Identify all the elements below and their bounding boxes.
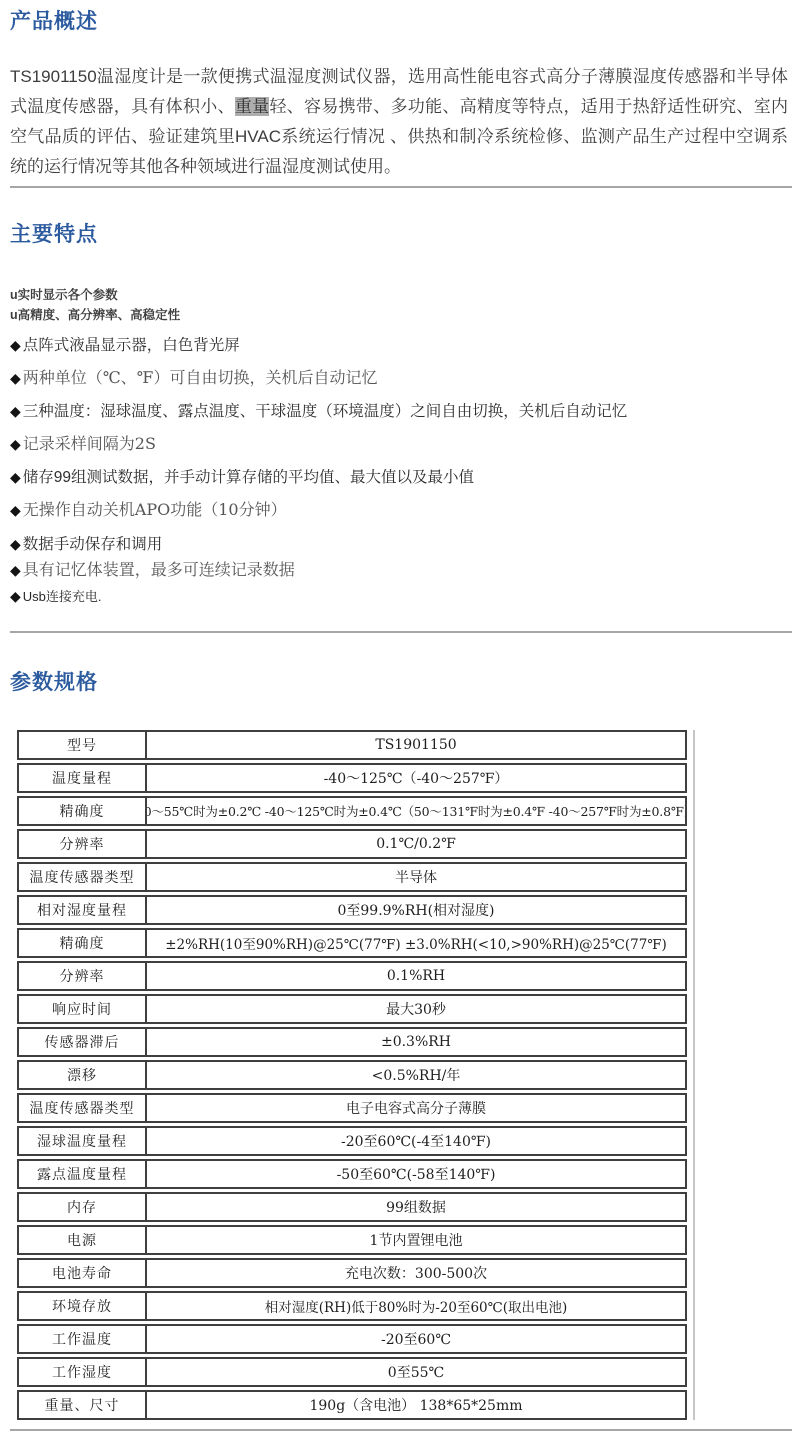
- diamond-bullet-icon: ◆: [10, 437, 21, 453]
- spec-table-row: 内存 99组数据: [17, 1192, 687, 1222]
- spec-table-row: 相对湿度量程 0至99.9%RH(相对湿度): [17, 895, 687, 925]
- section-divider: [10, 186, 792, 188]
- diamond-bullet-icon: ◆: [10, 469, 21, 485]
- spec-table-row: 温度量程 -40～125℃（-40～257℉）: [17, 763, 687, 793]
- feature-item: ◆储存99组测试数据，并手动计算存储的平均值、最大值以及最小值: [10, 466, 792, 489]
- spec-table-row: 传感器滞后 ±0.3%RH: [17, 1027, 687, 1057]
- spec-row-value: 半导体: [147, 864, 685, 890]
- diamond-bullet-icon: ◆: [10, 337, 21, 353]
- spec-row-value: TS1901150: [147, 732, 685, 758]
- spec-table-row: 漂移 <0.5%RH/年: [17, 1060, 687, 1090]
- spec-row-value: 0至99.9%RH(相对湿度): [147, 897, 685, 923]
- feature-text: 两种单位（℃、℉）可自由切换，关机后自动记忆: [23, 368, 378, 387]
- spec-table-row: 电池寿命 充电次数：300-500次: [17, 1258, 687, 1288]
- u-bullet-icon: u: [10, 288, 18, 302]
- spec-row-label: 电池寿命: [19, 1260, 147, 1286]
- spec-table-row: 工作温度 -20至60℃: [17, 1324, 687, 1354]
- feature-item: ◆记录采样间隔为2S: [10, 433, 792, 456]
- spec-row-value: -50至60℃(-58至140℉): [147, 1161, 685, 1187]
- spec-row-value: 相对湿度(RH)低于80%时为-20至60℃(取出电池): [147, 1293, 685, 1319]
- spec-row-value: ±2%RH(10至90%RH)@25℃(77℉) ±3.0%RH(<10,>90…: [147, 930, 685, 956]
- diamond-bullet-icon: ◆: [10, 371, 21, 387]
- spec-row-label: 精确度: [19, 930, 147, 956]
- spec-row-label: 响应时间: [19, 996, 147, 1022]
- spec-table-row: 型号 TS1901150: [17, 730, 687, 760]
- spec-table-row: 环境存放 相对湿度(RH)低于80%时为-20至60℃(取出电池): [17, 1291, 687, 1321]
- spec-row-label: 温度传感器类型: [19, 864, 147, 890]
- feature-item: ◆两种单位（℃、℉）可自由切换，关机后自动记忆: [10, 367, 792, 390]
- spec-row-label: 分辨率: [19, 831, 147, 857]
- spec-row-value: -40～125℃（-40～257℉）: [147, 765, 685, 791]
- spec-table-row: 露点温度量程 -50至60℃(-58至140℉): [17, 1159, 687, 1189]
- spec-table-row: 精确度 ±2%RH(10至90%RH)@25℃(77℉) ±3.0%RH(<10…: [17, 928, 687, 958]
- spec-row-label: 分辨率: [19, 963, 147, 989]
- features-section-title: 主要特点: [10, 223, 792, 247]
- spec-row-value: 190g（含电池） 138*65*25mm: [147, 1392, 685, 1418]
- spec-row-label: 相对湿度量程: [19, 897, 147, 923]
- spec-row-label: 环境存放: [19, 1293, 147, 1319]
- spec-table-row: 分辨率 0.1℃/0.2℉: [17, 829, 687, 859]
- spec-row-label: 型号: [19, 732, 147, 758]
- diamond-bullet-icon: ◆: [10, 403, 21, 419]
- overview-paragraph-highlight: 重量: [235, 97, 270, 116]
- spec-row-label: 漂移: [19, 1062, 147, 1088]
- spec-row-label: 电源: [19, 1227, 147, 1253]
- feature-item: ◆具有记忆体装置，最多可连续记录数据: [10, 558, 792, 583]
- spec-row-label: 工作湿度: [19, 1359, 147, 1385]
- spec-row-value: -20至60℃(-4至140℉): [147, 1128, 685, 1154]
- spec-table: 型号 TS1901150 温度量程 -40～125℃（-40～257℉） 精确度…: [17, 730, 695, 1420]
- spec-row-label: 精确度: [19, 798, 147, 824]
- feature-text: 记录采样间隔为2S: [23, 434, 156, 453]
- diamond-bullet-icon: ◆: [10, 503, 21, 519]
- spec-row-value: 10～55℃时为±0.2℃ -40～125℃时为±0.4℃（50～131℉时为±…: [147, 798, 685, 824]
- spec-row-label: 传感器滞后: [19, 1029, 147, 1055]
- spec-row-value: 最大30秒: [147, 996, 685, 1022]
- page-bottom-divider: [10, 1429, 792, 1431]
- feature-text: 无操作自动关机APO功能（10分钟）: [23, 500, 287, 519]
- spec-table-row: 工作湿度 0至55℃: [17, 1357, 687, 1387]
- feature-text: 三种温度：湿球温度、露点温度、干球温度（环境温度）之间自由切换，关机后自动记忆: [23, 403, 628, 420]
- spec-row-label: 内存: [19, 1194, 147, 1220]
- feature-list: ◆点阵式液晶显示器，白色背光屏◆两种单位（℃、℉）可自由切换，关机后自动记忆◆三…: [10, 334, 792, 609]
- feature-item: ◆点阵式液晶显示器，白色背光屏: [10, 334, 792, 357]
- overview-section-title: 产品概述: [10, 10, 792, 34]
- feature-minor-text: 高精度、高分辨率、高稳定性: [18, 308, 181, 322]
- spec-table-row: 电源 1节内置锂电池: [17, 1225, 687, 1255]
- spec-table-row: 精确度 10～55℃时为±0.2℃ -40～125℃时为±0.4℃（50～131…: [17, 796, 687, 826]
- feature-text: Usb连接充电.: [23, 589, 102, 604]
- spec-row-label: 露点温度量程: [19, 1161, 147, 1187]
- spec-row-value: <0.5%RH/年: [147, 1062, 685, 1088]
- feature-text: 具有记忆体装置，最多可连续记录数据: [23, 560, 295, 579]
- feature-item: ◆Usb连接充电.: [10, 584, 792, 609]
- feature-item: ◆三种温度：湿球温度、露点温度、干球温度（环境温度）之间自由切换，关机后自动记忆: [10, 400, 792, 423]
- spec-row-value: 0.1℃/0.2℉: [147, 831, 685, 857]
- spec-row-label: 重量、尺寸: [19, 1392, 147, 1418]
- feature-text: 点阵式液晶显示器，白色背光屏: [23, 337, 240, 354]
- spec-table-row: 响应时间 最大30秒: [17, 994, 687, 1024]
- feature-item: ◆无操作自动关机APO功能（10分钟）: [10, 499, 792, 522]
- spec-table-row: 分辨率 0.1%RH: [17, 961, 687, 991]
- spec-row-label: 湿球温度量程: [19, 1128, 147, 1154]
- spec-table-row: 重量、尺寸 190g（含电池） 138*65*25mm: [17, 1390, 687, 1420]
- spec-row-value: 0.1%RH: [147, 963, 685, 989]
- diamond-bullet-icon: ◆: [10, 588, 21, 604]
- spec-row-value: 0至55℃: [147, 1359, 685, 1385]
- spec-table-row: 温度传感器类型 半导体: [17, 862, 687, 892]
- spec-row-value: 1节内置锂电池: [147, 1227, 685, 1253]
- section-divider: [10, 631, 792, 633]
- spec-table-row: 温度传感器类型 电子电容式高分子薄膜: [17, 1093, 687, 1123]
- spec-table-row: 湿球温度量程 -20至60℃(-4至140℉): [17, 1126, 687, 1156]
- spec-row-value: 充电次数：300-500次: [147, 1260, 685, 1286]
- specs-section-title: 参数规格: [10, 671, 792, 695]
- product-detail-page: 产品概述 TS1901150温湿度计是一款便携式温湿度测试仪器，选用高性能电容式…: [0, 0, 800, 1433]
- feature-minor-item: u实时显示各个参数: [10, 285, 792, 305]
- spec-row-value: ±0.3%RH: [147, 1029, 685, 1055]
- overview-paragraph: TS1901150温湿度计是一款便携式温湿度测试仪器，选用高性能电容式高分子薄膜…: [10, 62, 788, 182]
- diamond-bullet-icon: ◆: [10, 563, 21, 579]
- feature-minor-list: u实时显示各个参数u高精度、高分辨率、高稳定性: [10, 285, 792, 325]
- feature-minor-text: 实时显示各个参数: [18, 288, 118, 302]
- spec-row-value: 99组数据: [147, 1194, 685, 1220]
- feature-text: 储存99组测试数据，并手动计算存储的平均值、最大值以及最小值: [23, 469, 474, 486]
- feature-item: ◆数据手动保存和调用: [10, 532, 792, 557]
- spec-row-label: 温度量程: [19, 765, 147, 791]
- u-bullet-icon: u: [10, 308, 18, 322]
- spec-row-value: -20至60℃: [147, 1326, 685, 1352]
- feature-minor-item: u高精度、高分辨率、高稳定性: [10, 305, 792, 325]
- spec-row-label: 工作温度: [19, 1326, 147, 1352]
- spec-row-label: 温度传感器类型: [19, 1095, 147, 1121]
- feature-text: 数据手动保存和调用: [23, 536, 163, 553]
- spec-row-value: 电子电容式高分子薄膜: [147, 1095, 685, 1121]
- diamond-bullet-icon: ◆: [10, 536, 21, 552]
